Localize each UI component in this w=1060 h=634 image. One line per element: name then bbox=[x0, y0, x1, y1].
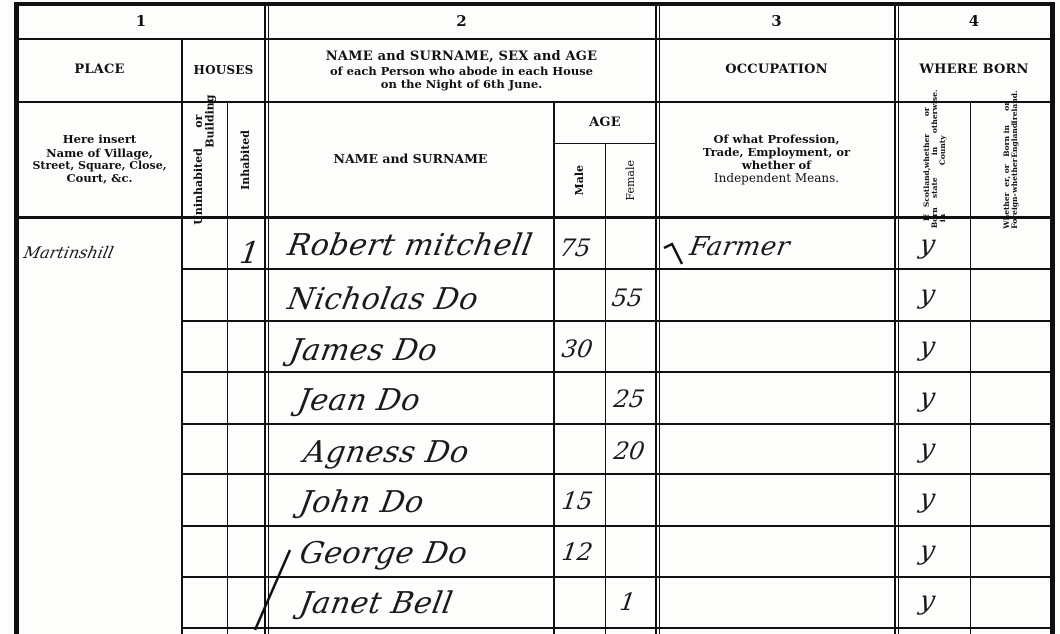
row-rule-7 bbox=[183, 576, 1050, 578]
subheader-uninhabited: Uninhabited or Building bbox=[183, 103, 227, 216]
entry-name-2: Nicholas Do bbox=[285, 282, 481, 317]
entry-male-age-7: 12 bbox=[560, 538, 594, 566]
subheader-born-scotland: If Born in Scotland, state whether in Co… bbox=[899, 103, 970, 216]
subheader-name: NAME and SURNAME bbox=[268, 103, 553, 216]
header-name-sex-age-line2: of each Person who abode in each House bbox=[330, 65, 593, 78]
female-label: Female bbox=[625, 160, 637, 201]
entry-name-3: James Do bbox=[287, 333, 440, 368]
row-rule-8 bbox=[183, 627, 1050, 629]
divider-col2-col3 bbox=[655, 2, 657, 634]
born-for-4: or Ireland. bbox=[1003, 90, 1019, 123]
entry-born-5: y bbox=[917, 434, 937, 464]
row-rule-2 bbox=[183, 320, 1050, 322]
entry-female-age-8: 1 bbox=[618, 588, 637, 616]
entry-name-8: Janet Bell bbox=[297, 586, 456, 621]
subheader-male: Male bbox=[555, 145, 605, 216]
born-scot-1: If Born in bbox=[923, 208, 947, 229]
subheader-place-instructions: Here insert Name of Village, Street, Squ… bbox=[18, 103, 181, 216]
divider-col3-col4 bbox=[894, 2, 896, 634]
born-scot-4: or otherwise. bbox=[923, 90, 947, 134]
header-name-sex-age: NAME and SURNAME, SEX and AGE of each Pe… bbox=[268, 40, 655, 101]
header-place: PLACE bbox=[18, 40, 181, 101]
header-name-sex-age-line1: NAME and SURNAME, SEX and AGE bbox=[326, 50, 597, 65]
entry-inhabited-count: 1 bbox=[238, 236, 262, 271]
row-rule-4 bbox=[183, 423, 1050, 425]
entry-born-1: y bbox=[917, 230, 937, 260]
entry-name-6: John Do bbox=[297, 485, 427, 520]
occ-instr-4: Independent Means. bbox=[714, 172, 839, 186]
row-rule-6 bbox=[183, 525, 1050, 527]
entry-female-age-2: 55 bbox=[610, 284, 644, 312]
header-rule-3 bbox=[14, 216, 1054, 219]
entry-name-4: Jean Do bbox=[295, 383, 423, 418]
occ-instr-1: Of what Profession, bbox=[714, 133, 840, 146]
divider-male-female bbox=[605, 143, 606, 634]
header-name-sex-age-line3: on the Night of 6th June. bbox=[381, 78, 542, 91]
subheader-born-foreign: Whether Foreign- er, or whether Born in … bbox=[971, 103, 1050, 216]
entry-born-4: y bbox=[917, 383, 937, 413]
row-rule-5 bbox=[183, 473, 1050, 475]
entry-name-5: Agness Do bbox=[301, 435, 472, 470]
row-rule-3 bbox=[183, 371, 1050, 373]
born-for-2: er, or whether bbox=[1003, 158, 1019, 192]
bracket-mark bbox=[660, 240, 690, 270]
column-number-2: 2 bbox=[268, 6, 655, 38]
entry-born-6: y bbox=[917, 484, 937, 514]
born-scot-3: whether in County bbox=[923, 134, 947, 168]
pen-stroke-mark bbox=[250, 540, 310, 634]
born-scot-2: Scotland, state bbox=[923, 168, 947, 207]
subheader-inhabited: Inhabited bbox=[228, 103, 264, 216]
header-where-born: WHERE BORN bbox=[898, 40, 1050, 101]
uninhabited-line2: or Building bbox=[193, 95, 216, 148]
frame-right bbox=[1050, 2, 1055, 634]
census-page: 1 2 3 4 PLACE HOUSES NAME and SURNAME, S… bbox=[0, 0, 1060, 634]
entry-female-age-4: 25 bbox=[612, 385, 646, 413]
row-rule-1 bbox=[183, 268, 1050, 270]
place-instr-4: Court, &c. bbox=[67, 172, 133, 185]
column-number-3: 3 bbox=[659, 6, 894, 38]
column-number-4: 4 bbox=[898, 6, 1050, 38]
place-instr-2: Name of Village, bbox=[46, 147, 153, 160]
entry-born-7: y bbox=[917, 536, 937, 566]
entry-place: Martinshill bbox=[22, 243, 115, 262]
header-houses: HOUSES bbox=[183, 40, 264, 101]
subheader-age: AGE bbox=[555, 103, 655, 143]
born-for-1: Whether Foreign- bbox=[1003, 193, 1019, 229]
subheader-female: Female bbox=[606, 145, 655, 216]
male-label: Male bbox=[574, 165, 586, 195]
entry-occupation-1: Farmer bbox=[687, 232, 792, 262]
entry-male-age-3: 30 bbox=[560, 335, 594, 363]
entry-male-age-6: 15 bbox=[560, 487, 594, 515]
born-for-3: Born in England bbox=[1003, 123, 1019, 158]
entry-born-2: y bbox=[917, 280, 937, 310]
entry-female-age-5: 20 bbox=[612, 437, 646, 465]
entry-born-8: y bbox=[917, 586, 937, 616]
uninhabited-line1: Uninhabited bbox=[193, 148, 216, 225]
entry-name-7: George Do bbox=[297, 536, 470, 571]
column-number-1: 1 bbox=[18, 6, 264, 38]
subheader-occupation: Of what Profession, Trade, Employment, o… bbox=[659, 103, 894, 216]
header-occupation: OCCUPATION bbox=[659, 40, 894, 101]
entry-name-1: Robert mitchell bbox=[285, 228, 535, 263]
inhabited-label: Inhabited bbox=[240, 130, 252, 190]
entry-male-age-1: 75 bbox=[558, 234, 592, 262]
entry-born-3: y bbox=[917, 332, 937, 362]
place-instr-1: Here insert bbox=[63, 133, 136, 146]
